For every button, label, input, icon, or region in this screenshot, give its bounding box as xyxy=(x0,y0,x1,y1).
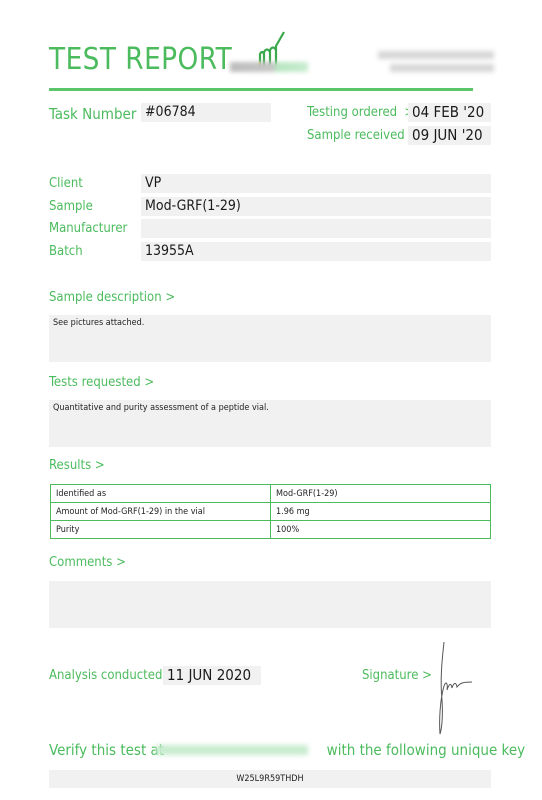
sample-description-text: See pictures attached. xyxy=(49,315,491,362)
batch-label: Batch xyxy=(49,244,83,259)
manufacturer-value xyxy=(141,219,491,238)
analysis-conducted-value: 11 JUN 2020 xyxy=(163,666,261,685)
sample-label: Sample xyxy=(49,199,93,214)
comments-text xyxy=(49,581,491,628)
result-label: Purity xyxy=(51,521,271,539)
detail-row-batch: Batch 13955A xyxy=(49,242,491,265)
result-label: Identified as xyxy=(51,485,271,503)
detail-row-client: Client VP xyxy=(49,174,491,197)
testing-ordered-label: Testing ordered > xyxy=(307,105,414,120)
detail-row-sample: Sample Mod-GRF(1-29) xyxy=(49,197,491,220)
company-name-redacted xyxy=(230,62,308,72)
client-value: VP xyxy=(141,174,491,193)
sample-received-value: 09 JUN '20 xyxy=(408,126,491,145)
task-number-value: #06784 xyxy=(141,103,271,122)
results-heading: Results > xyxy=(49,458,105,473)
detail-row-manufacturer: Manufacturer xyxy=(49,219,491,242)
result-value: 1.96 mg xyxy=(271,503,491,521)
table-row: Identified as Mod-GRF(1-29) xyxy=(51,485,491,503)
verify-url-blur xyxy=(156,745,308,755)
result-label: Amount of Mod-GRF(1-29) in the vial xyxy=(51,503,271,521)
client-label: Client xyxy=(49,176,83,191)
sample-value: Mod-GRF(1-29) xyxy=(141,197,491,216)
verify-suffix: with the following unique key xyxy=(327,741,525,759)
batch-value: 13955A xyxy=(141,242,491,261)
unique-key: W25L9R59THDH xyxy=(49,770,491,788)
contact-email-redacted xyxy=(378,51,494,59)
result-value: Mod-GRF(1-29) xyxy=(271,485,491,503)
signature-image xyxy=(430,640,480,740)
table-row: Amount of Mod-GRF(1-29) in the vial 1.96… xyxy=(51,503,491,521)
testing-ordered-value: 04 FEB '20 xyxy=(408,103,491,122)
header-divider xyxy=(49,88,473,91)
results-table: Identified as Mod-GRF(1-29) Amount of Mo… xyxy=(50,484,491,539)
task-number-label: Task Number xyxy=(49,105,136,123)
tests-requested-heading: Tests requested > xyxy=(49,375,154,390)
sample-received-label: Sample received > xyxy=(307,128,418,143)
manufacturer-label: Manufacturer xyxy=(49,221,127,236)
signature-label: Signature > xyxy=(362,668,432,683)
details-section: Client VP Sample Mod-GRF(1-29) Manufactu… xyxy=(49,174,491,264)
contact-web-redacted xyxy=(390,64,494,72)
sample-description-heading: Sample description > xyxy=(49,290,175,305)
analysis-conducted-label: Analysis conducted > xyxy=(49,668,176,683)
verify-prefix: Verify this test at xyxy=(49,741,164,759)
tests-requested-text: Quantitative and purity assessment of a … xyxy=(49,400,491,447)
comments-heading: Comments > xyxy=(49,555,126,570)
table-row: Purity 100% xyxy=(51,521,491,539)
result-value: 100% xyxy=(271,521,491,539)
report-title: TEST REPORT xyxy=(49,42,232,77)
